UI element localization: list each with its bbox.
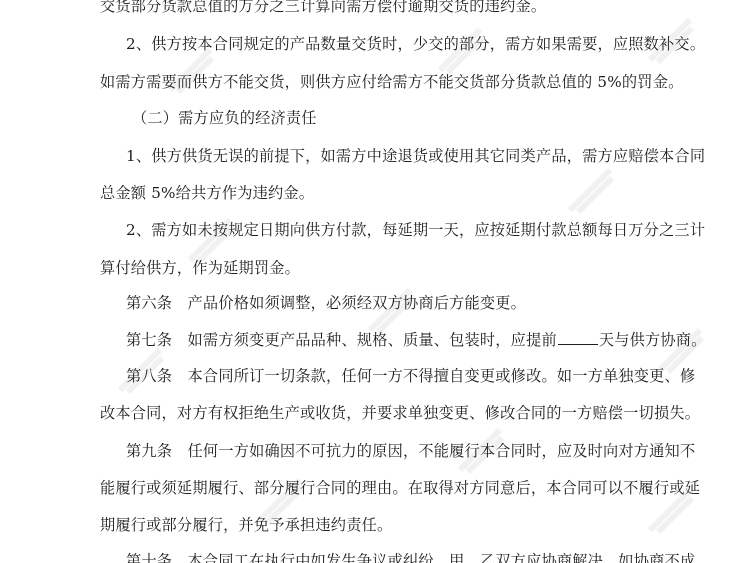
paragraph-line: 期履行或部分履行，并免予承担违约责任。 (100, 515, 670, 535)
document-page: 交货部分货款总值的万分之三计算向需方偿付逾期交货的违约金。 2、供方按本合同规定… (0, 0, 750, 563)
article-eight-line: 第八条 本合同所订一切条款，任何一方不得擅自变更或修改。如一方单独变更、修 (126, 366, 670, 386)
paragraph-line: 改本合同，对方有权拒绝生产或收货，并要求单独变更、修改合同的一方赔偿一切损失。 (100, 403, 670, 423)
section-heading: （二）需方应负的经济责任 (132, 108, 676, 128)
article-six-line: 第六条 产品价格如须调整，必须经双方协商后方能变更。 (126, 293, 670, 313)
paragraph-line: 能履行或须延期履行、部分履行合同的理由。在取得对方同意后，本合同可以不履行或延 (100, 478, 670, 498)
article-seven-line: 第七条 如需方须变更产品品种、规格、质量、包装时，应提前天与供方协商。 (126, 330, 670, 350)
article-seven-text-after: 天与供方协商。 (599, 331, 707, 349)
article-ten-line: 第十条 本合同工在执行中如发生争议或纠纷，甲、乙双方应协商解决，如协商不成， (126, 551, 670, 563)
paragraph-line: 总金额 5%给共方作为违约金。 (100, 183, 670, 203)
paragraph-line: 如需方需要而供方不能交货，则供方应付给需方不能交货部分货款总值的 5%的罚金。 (100, 72, 670, 92)
paragraph-line: 1、供方供货无误的前提下，如需方中途退货或使用其它同类产品，需方应赔偿本合同 (126, 146, 670, 166)
paragraph-line: 2、供方按本合同规定的产品数量交货时，少交的部分，需方如果需要，应照数补交。 (126, 34, 670, 54)
article-seven-text-before: 第七条 如需方须变更产品品种、规格、质量、包装时，应提前 (126, 331, 557, 349)
article-nine-line: 第九条 任何一方如确因不可抗力的原因，不能履行本合同时，应及时向对方通知不 (126, 441, 670, 461)
fill-in-blank-days[interactable] (558, 330, 598, 345)
paragraph-line: 2、需方如未按规定日期向供方付款，每延期一天，应按延期付款总额每日万分之三计 (126, 220, 670, 240)
paragraph-line: 算付给供方，作为延期罚金。 (100, 258, 670, 278)
paragraph-line: 交货部分货款总值的万分之三计算向需方偿付逾期交货的违约金。 (100, 0, 670, 16)
